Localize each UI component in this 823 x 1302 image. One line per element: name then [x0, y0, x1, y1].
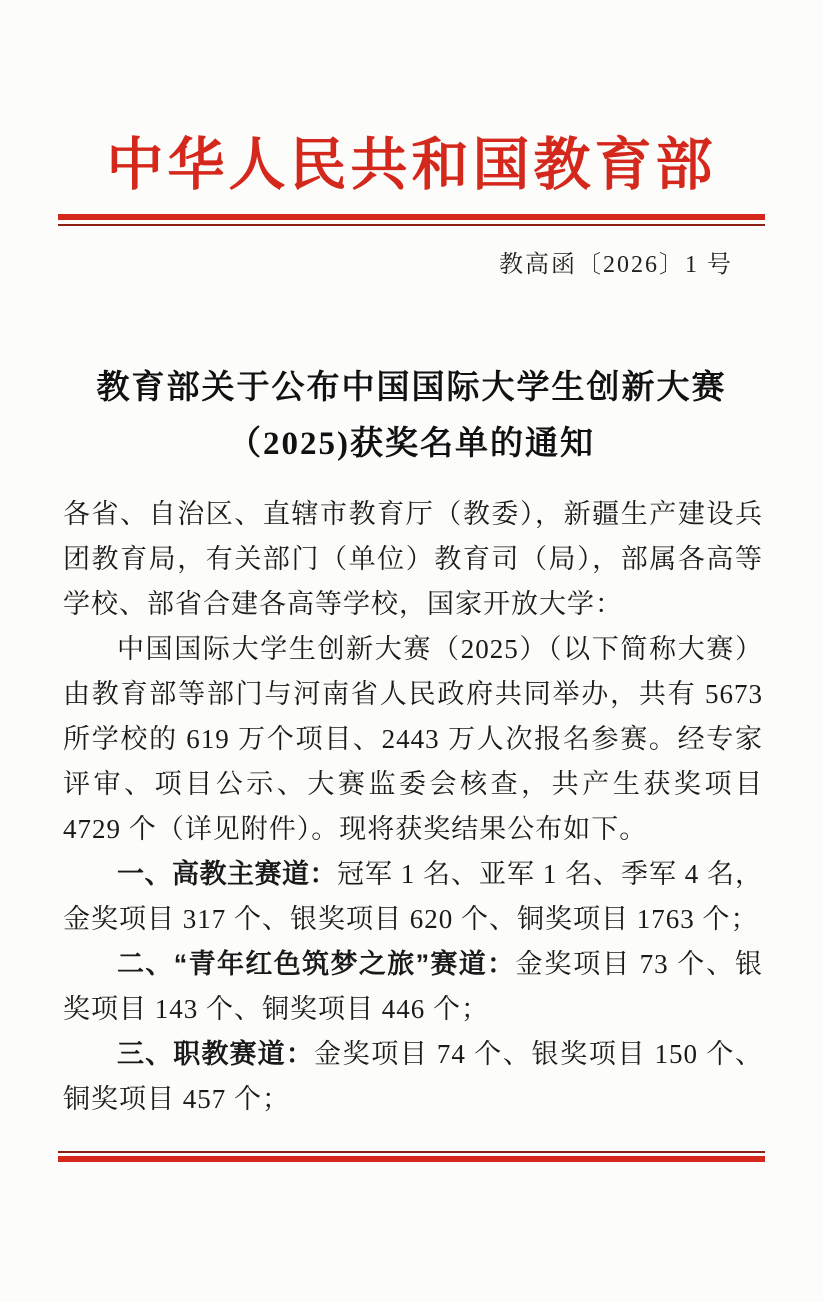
award-item-main-track-lead: 一、高教主赛道：	[117, 859, 337, 889]
intro-paragraph: 中国国际大学生创新大赛（2025）（以下简称大赛）由教育部等部门与河南省人民政府…	[63, 627, 763, 852]
award-item-main-track: 一、高教主赛道：冠军 1 名、亚军 1 名、季军 4 名，金奖项目 317 个、…	[63, 852, 763, 942]
notice-title-line1: 教育部关于公布中国国际大学生创新大赛	[97, 370, 727, 406]
notice-title: 教育部关于公布中国国际大学生创新大赛 （2025)获奖名单的通知	[60, 360, 763, 472]
ministry-letterhead-title: 中华人民共和国教育部	[0, 0, 823, 200]
award-item-vocational-track: 三、职教赛道：金奖项目 74 个、银奖项目 150 个、铜奖项目 457 个；	[63, 1032, 763, 1122]
footer-divider	[58, 1151, 765, 1162]
divider-thin-dark-line	[58, 224, 765, 226]
official-document-page: 中华人民共和国教育部 教高函〔2026〕1 号 教育部关于公布中国国际大学生创新…	[0, 0, 823, 1302]
document-reference-number: 教高函〔2026〕1 号	[0, 250, 823, 280]
notice-title-line2: （2025)获奖名单的通知	[228, 426, 595, 462]
award-item-red-journey-track: 二、“青年红色筑梦之旅”赛道：金奖项目 73 个、银奖项目 143 个、铜奖项目…	[63, 942, 763, 1032]
footer-divider-thick-red-line	[58, 1156, 765, 1162]
notice-body: 各省、自治区、直辖市教育厅（教委），新疆生产建设兵团教育局，有关部门（单位）教育…	[0, 492, 823, 1122]
award-item-red-journey-track-lead: 二、“青年红色筑梦之旅”赛道：	[117, 949, 516, 979]
letterhead-divider	[58, 214, 765, 226]
addressee-salutation: 各省、自治区、直辖市教育厅（教委），新疆生产建设兵团教育局，有关部门（单位）教育…	[63, 492, 763, 627]
award-item-vocational-track-lead: 三、职教赛道：	[117, 1039, 314, 1069]
